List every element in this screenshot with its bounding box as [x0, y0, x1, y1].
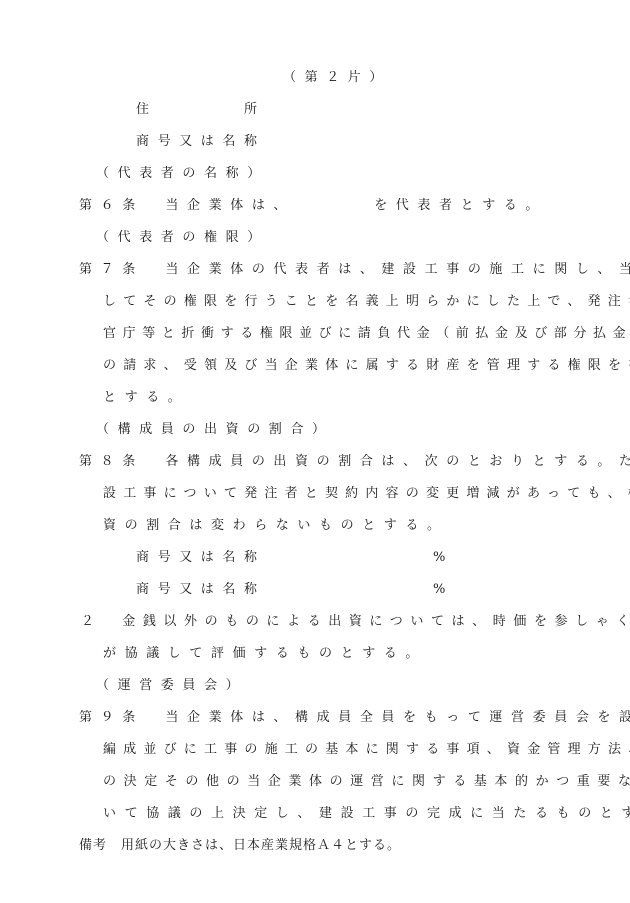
- article-6-line: 第６条 当企業体は、 を代表者とする。: [79, 198, 547, 214]
- share-2-unit: %: [433, 582, 445, 598]
- share-1-label: 商号又は名称: [136, 550, 266, 566]
- article-8-line-2: 設工事について発注者と契約内容の変更増減があっても、構成員の出: [103, 486, 630, 502]
- share-1-unit: %: [433, 550, 445, 566]
- article-8-para-2-line-2: が協議して評価するものとする。: [103, 646, 427, 662]
- company-name-label: 商号又は名称: [136, 134, 266, 150]
- article-9-line-2: 編成並びに工事の施工の基本に関する事項、資金管理方法、下請企業: [103, 742, 630, 758]
- article-6-number: 第６条 当企業体は、: [79, 198, 295, 214]
- article-9-heading: （運営委員会）: [96, 678, 247, 694]
- remarks-line: 備考 用紙の大きさは、日本産業規格Ａ４とする。: [79, 838, 401, 854]
- article-9-line-3: の決定その他の当企業体の運営に関する基本的かつ重要な事項につ: [103, 774, 630, 790]
- article-7-line-4: の請求、受領及び当企業体に属する財産を管理する権限を有するもの: [103, 358, 630, 374]
- share-2-label: 商号又は名称: [136, 582, 266, 598]
- article-7-heading: （代表者の権限）: [96, 230, 269, 246]
- remarks-text: 用紙の大きさは、日本産業規格Ａ４とする。: [121, 838, 401, 853]
- sheet-label: （第２片）: [283, 70, 391, 86]
- article-6-text-start: 当企業体は、: [165, 198, 295, 213]
- article-6-text-end: を代表者とする。: [374, 198, 547, 214]
- article-7-line-2: してその権限を行うことを名義上明らかにした上で、発注者及び監督: [103, 294, 630, 310]
- article-7-line-1: 第７条 当企業体の代表者は、建設工事の施工に関し、当企業体を代表: [79, 262, 630, 278]
- article-7-line-5: とする。: [103, 390, 189, 406]
- article-6-heading: （代表者の名称）: [96, 166, 269, 182]
- article-8-heading: （構成員の出資の割合）: [96, 422, 334, 438]
- article-7-line-3: 官庁等と折衝する権限並びに請負代金（前払金及び部分払金を含む。）: [103, 326, 630, 342]
- article-8-para-2-line-1: ２ 金銭以外のものによる出資については、時価を参しゃくの上構成員: [81, 614, 630, 630]
- article-8-line-3: 資の割合は変わらないものとする。: [103, 518, 449, 534]
- article-8-line-1: 第８条 各構成員の出資の割合は、次のとおりとする。ただし、当該建: [79, 454, 630, 470]
- address-label: 住 所: [136, 102, 266, 118]
- article-9-line-4: いて協議の上決定し、建設工事の完成に当たるものとする。: [103, 806, 630, 822]
- article-9-line-1: 第９条 当企業体は、構成員全員をもって運営委員会を設け、組織及び: [79, 710, 630, 726]
- remarks-label: 備考: [79, 838, 107, 853]
